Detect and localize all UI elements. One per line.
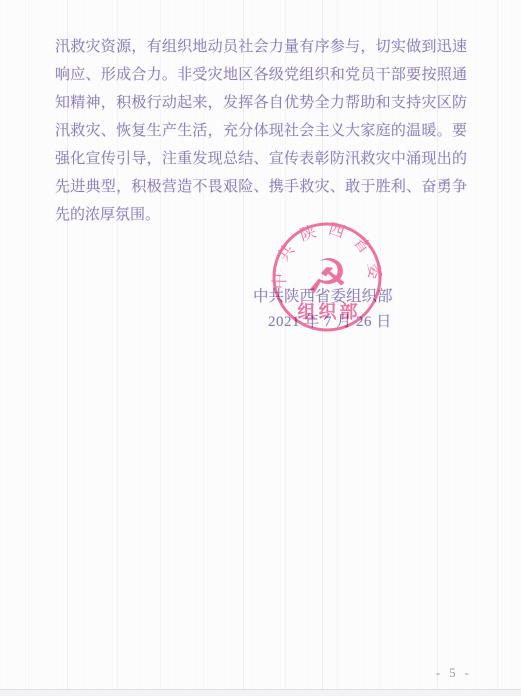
official-seal: 中共陕西省委 ☭ 组织部 — [271, 221, 383, 333]
scan-artifact-line — [25, 0, 26, 696]
scan-edge-band — [0, 690, 521, 696]
body-line: 先进典型，积极营造不畏艰险、携手救灾、敢于胜利、奋勇争 — [55, 173, 467, 201]
scanned-document-page: 汛救灾资源，有组织地动员社会力量有序参与，切实做到迅速 响应、形成合力。非受灾地… — [0, 0, 521, 696]
body-line: 先的浓厚氛围。 — [55, 201, 467, 229]
body-line: 汛救灾资源，有组织地动员社会力量有序参与，切实做到迅速 — [55, 33, 467, 61]
scan-artifact-line — [497, 0, 498, 696]
body-line: 响应、形成合力。非受灾地区各级党组织和党员干部要按照通 — [55, 61, 467, 89]
body-line: 知精神，积极行动起来，发挥各自优势全力帮助和支持灾区防 — [55, 89, 467, 117]
body-paragraph: 汛救灾资源，有组织地动员社会力量有序参与，切实做到迅速 响应、形成合力。非受灾地… — [55, 33, 467, 229]
party-emblem-icon: ☭ — [305, 249, 348, 305]
body-line: 强化宣传引导，注重发现总结、宣传表彰防汛救灾中涌现出的 — [55, 145, 467, 173]
seal-bottom-text: 组织部 — [298, 301, 361, 322]
body-line: 汛救灾、恢复生产生活，充分体现社会主义大家庭的温暖。要 — [55, 117, 467, 145]
page-number: - 5 - — [436, 666, 472, 681]
